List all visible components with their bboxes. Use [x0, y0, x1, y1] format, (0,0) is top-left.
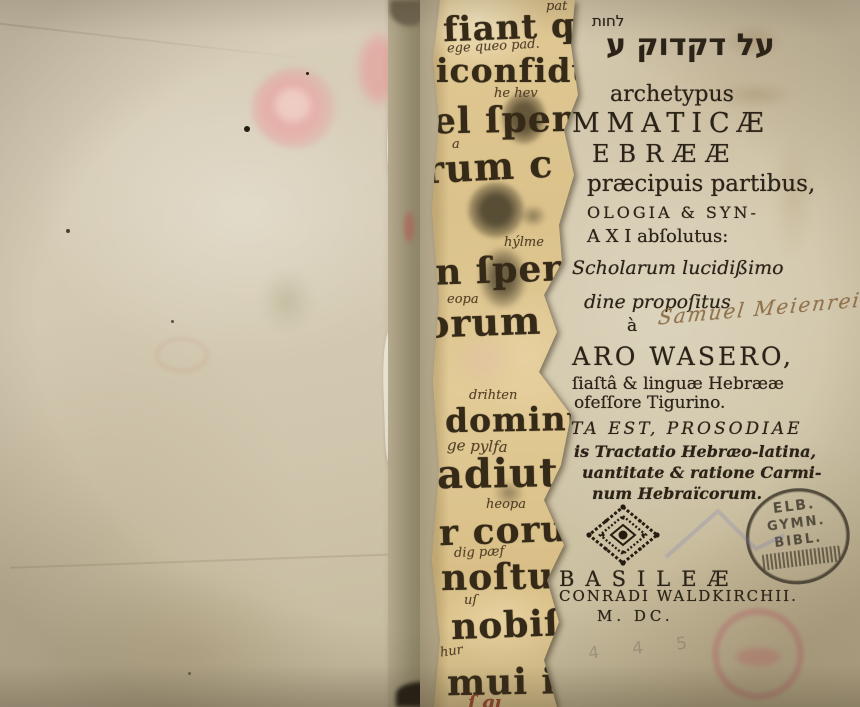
title-a: à — [627, 316, 637, 336]
spine-shadow — [390, 0, 424, 26]
title-wasero: ARO WASERO, — [572, 342, 794, 371]
pink-stain-core — [275, 88, 311, 122]
ink-spot — [171, 320, 174, 323]
dark-stain — [520, 205, 546, 227]
fragment-text: rum c — [423, 145, 554, 190]
fragment-text: iconfidu — [436, 54, 596, 87]
ring-stain — [156, 338, 208, 372]
printer-ornament-icon — [584, 504, 662, 566]
fragment-text: dominu — [445, 402, 592, 438]
title-partibus: præcipuis partibus, — [587, 171, 815, 197]
parchment: pat fiant qui: ege queo pad. iconfidu he… — [430, 0, 588, 707]
title-hebraicorum: num Hebraïcorum. — [592, 484, 762, 503]
imprint-year: M. DC. — [597, 607, 674, 625]
title-quantitate: uantitate & ratione Carmi- — [582, 463, 822, 482]
paper-crease — [10, 553, 400, 569]
ink-spot — [66, 229, 70, 233]
title-tractatio: is Tractatio Hebræo-latina, — [574, 442, 816, 461]
faded-red-stamp-core — [736, 648, 780, 666]
blue-pencil-mark — [660, 505, 790, 565]
fragment-text: noſtur — [441, 558, 575, 596]
fragment-text: nobiſ. — [450, 605, 574, 645]
left-blank-page — [0, 0, 422, 707]
gloss-text: hur — [439, 643, 464, 659]
title-prosodiae: TA EST, PROSODIAE — [571, 419, 803, 439]
fragment-text: orum c — [423, 300, 580, 343]
paper-crease — [0, 22, 322, 61]
title-absolutus: A X I abſolutus: — [587, 226, 728, 247]
title-grammaticae: MMATICÆ — [572, 108, 771, 139]
manuscript-fragment: pat fiant qui: ege queo pad. iconfidu he… — [430, 0, 588, 707]
pencil-note: 4 4 5 — [587, 632, 702, 664]
title-ecclesiasta: ſiaſtâ & linguæ Hebrææ — [572, 374, 784, 394]
hebrew-title-large: על דקדוק ע — [606, 28, 775, 63]
title-hebraeae: EBRÆÆ — [592, 140, 738, 168]
dark-stain — [468, 182, 524, 238]
ink-spot — [244, 126, 250, 132]
title-scholarum: Scholarum lucidißimo — [572, 257, 784, 279]
fragment-text: n ſpera — [434, 249, 587, 290]
fragment-text: el ſpem — [433, 101, 591, 140]
fragment-text: adiuto — [437, 453, 587, 496]
title-professore: ofeſſore Tigurino. — [574, 393, 725, 413]
olive-stain — [258, 268, 316, 334]
ink-spot — [306, 72, 309, 75]
title-etymologia: OLOGIA & SYN- — [587, 203, 759, 222]
book-photo: לחות על דקדוק ע archetypus MMATICÆ EBRÆÆ… — [0, 0, 860, 707]
red-smudge — [404, 212, 414, 242]
title-archetypus: archetypus — [610, 82, 734, 107]
rubric-text: ſ gı — [468, 694, 501, 707]
ink-spot — [188, 672, 191, 675]
ink-showthrough — [770, 140, 816, 260]
